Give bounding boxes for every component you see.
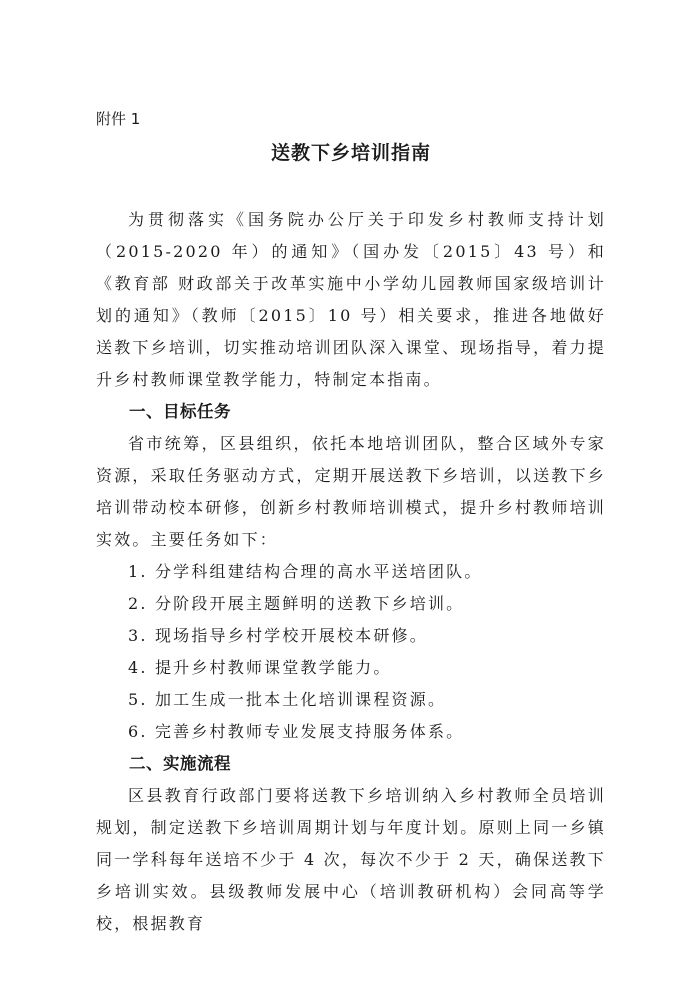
task-item: 1. 分学科组建结构合理的高水平送培团队。	[96, 556, 606, 588]
process-paragraph: 区县教育行政部门要将送教下乡培训纳入乡村教师全员培训规划，制定送教下乡培训周期计…	[96, 780, 606, 940]
task-item: 3. 现场指导乡村学校开展校本研修。	[96, 620, 606, 652]
attachment-label: 附件 1	[96, 108, 140, 129]
task-item: 2. 分阶段开展主题鲜明的送教下乡培训。	[96, 588, 606, 620]
section-heading-process: 二、实施流程	[96, 748, 606, 780]
task-item: 4. 提升乡村教师课堂教学能力。	[96, 652, 606, 684]
task-item: 6. 完善乡村教师专业发展支持服务体系。	[96, 716, 606, 748]
goals-paragraph: 省市统筹，区县组织，依托本地培训团队，整合区域外专家资源，采取任务驱动方式，定期…	[96, 428, 606, 556]
section-heading-goals: 一、目标任务	[96, 396, 606, 428]
task-item: 5. 加工生成一批本土化培训课程资源。	[96, 684, 606, 716]
document-title: 送教下乡培训指南	[96, 138, 606, 165]
document-body: 为贯彻落实《国务院办公厅关于印发乡村教师支持计划（2015-2020 年）的通知…	[96, 204, 606, 940]
intro-paragraph: 为贯彻落实《国务院办公厅关于印发乡村教师支持计划（2015-2020 年）的通知…	[96, 204, 606, 396]
